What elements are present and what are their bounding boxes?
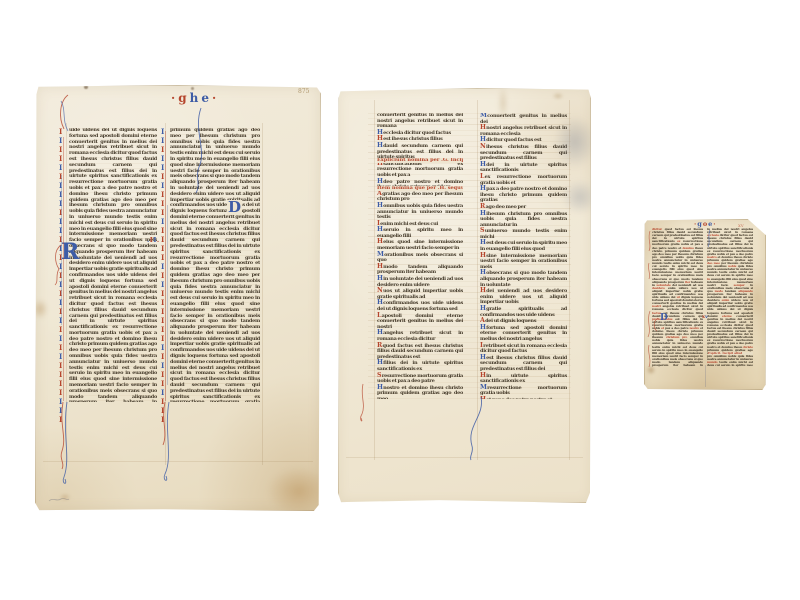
verse-initial: I bbox=[161, 163, 164, 172]
entry-initial: H bbox=[377, 329, 383, 336]
entry-initial: S bbox=[377, 372, 382, 379]
verse-initial: I bbox=[161, 235, 164, 244]
running-title-letter: e bbox=[201, 91, 212, 105]
name-entry: Hconfirmandos uos uide uidens dei ut dig… bbox=[377, 300, 463, 312]
text-column: dicitur quod factus est ihesus christus … bbox=[652, 228, 703, 367]
stain bbox=[267, 467, 331, 515]
name-entry: Sresurrectione mortuorum gratia uobis et… bbox=[377, 373, 463, 385]
numeral-glyph: v bbox=[705, 314, 708, 320]
stain bbox=[59, 493, 71, 501]
verse-initial: I bbox=[161, 307, 164, 316]
entry-initial: H bbox=[480, 185, 486, 192]
entry-initial: L bbox=[377, 312, 382, 319]
entry-initial: H bbox=[480, 305, 486, 312]
verse-initial: I bbox=[161, 262, 164, 271]
name-entry: Hsanctificationis ex resurrectione mortu… bbox=[377, 161, 463, 179]
ruling-line bbox=[66, 123, 67, 465]
verse-initial: I bbox=[59, 289, 62, 298]
name-entry: Homnibus uobis quia fides uestra annunci… bbox=[377, 203, 463, 221]
verse-initial: I bbox=[161, 316, 164, 325]
entry-initial: H bbox=[377, 142, 383, 149]
name-entry: Lapostoli domini eterne conuerterit geni… bbox=[377, 313, 463, 331]
verse-initial: I bbox=[59, 343, 62, 352]
verse-initial: I bbox=[161, 172, 164, 181]
verse-initial: I bbox=[161, 352, 164, 361]
verse-initial: I bbox=[59, 136, 62, 145]
verse-initial: I bbox=[59, 172, 62, 181]
ruling-line bbox=[262, 123, 263, 465]
name-entry: Hdei in uirtute spiritus sanctificationi… bbox=[480, 162, 567, 174]
entry-initial: S bbox=[480, 227, 485, 234]
auction-photo: ·ghe· 875 IIIIIIIIIIIIIIIIIIIIIIIIIIIIII… bbox=[0, 0, 800, 600]
verse-initial: I bbox=[161, 379, 164, 388]
name-entry: Hest deus cui seruio in spiritu meo in e… bbox=[480, 240, 567, 252]
verse-initial: I bbox=[161, 154, 164, 163]
name-entry: Hest ihesus christus filius dauid secund… bbox=[480, 355, 567, 373]
verse-initial: I bbox=[59, 361, 62, 370]
entry-initial: H bbox=[480, 324, 486, 331]
verse-initial: I bbox=[59, 352, 62, 361]
entry-initial: H bbox=[480, 210, 486, 217]
entry-initial: H bbox=[377, 202, 383, 209]
verse-initial: I bbox=[161, 226, 164, 235]
verse-initial: I bbox=[59, 280, 62, 289]
chapter-numeral: xv bbox=[702, 314, 708, 320]
verse-initial: I bbox=[161, 280, 164, 289]
pencil-inscription bbox=[49, 498, 69, 501]
entry-continuation: conuerterit genitus in melius dei nostri… bbox=[377, 113, 463, 130]
name-entry: Hpax a deo patre nostro et domino ihesu … bbox=[480, 186, 567, 204]
entry-initial: H bbox=[377, 263, 383, 270]
text-column: primum quidem gratias ago deo meo per ih… bbox=[170, 128, 260, 402]
entry-initial: L bbox=[480, 173, 485, 180]
verse-initial: I bbox=[59, 208, 62, 217]
verse-initial: I bbox=[59, 316, 62, 325]
verse-initial: I bbox=[59, 334, 62, 343]
entry-initial: H bbox=[480, 239, 486, 246]
stain bbox=[84, 85, 88, 89]
name-entry: Nihesus christus filius dauid secundum c… bbox=[480, 144, 567, 162]
name-entry: Hin uoluntate dei ueniendi ad uos deside… bbox=[377, 276, 463, 288]
name-entry: Morationibus meis obsecrans si quo bbox=[377, 252, 463, 264]
verse-initial: I bbox=[59, 298, 62, 307]
numeral-glyph: . bbox=[157, 236, 160, 244]
verse-initial: I bbox=[161, 217, 164, 226]
rubric-line: Expliciunt nomina per .G. Incipiunt per … bbox=[377, 158, 463, 164]
name-entry: Hfortuna sed apostoli domini eterne conu… bbox=[480, 325, 567, 343]
text-column: uide uidens dei ut dignis loquens fortun… bbox=[69, 128, 157, 402]
verse-initial: I bbox=[59, 154, 62, 163]
entry-initial: H bbox=[480, 396, 486, 399]
verse-initial: I bbox=[161, 361, 164, 370]
verse-initial: I bbox=[59, 127, 62, 136]
verse-initial: I bbox=[59, 181, 62, 190]
name-entry: Agratias ago deo meo per ihesum christum… bbox=[377, 191, 463, 203]
chapter-numeral: .II. bbox=[147, 236, 160, 244]
verse-initial: I bbox=[161, 127, 164, 136]
ruling-line bbox=[374, 100, 375, 460]
name-entry: Hsine intermissione memoriam uestri faci… bbox=[480, 253, 567, 271]
name-entry: Hin uirtute spiritus sanctificationis ex bbox=[480, 373, 567, 385]
name-entry: Suniuerso mundo testis enim michi bbox=[480, 228, 567, 240]
verse-initial: I bbox=[59, 199, 62, 208]
entry-initial: H bbox=[480, 269, 486, 276]
entry-initial: H bbox=[480, 354, 486, 361]
verse-initial: I bbox=[59, 388, 62, 397]
crease-line bbox=[705, 365, 706, 387]
verse-initial: I bbox=[59, 271, 62, 280]
entry-initial: R bbox=[480, 203, 485, 210]
name-entry: Hnostri angelus retribuet sicut in roman… bbox=[480, 125, 567, 137]
entry-initial: H bbox=[480, 124, 486, 131]
verse-initial: I bbox=[161, 298, 164, 307]
verse-initial: I bbox=[161, 199, 164, 208]
name-entry: Hfilius dei in uirtute spiritus sanctifi… bbox=[377, 360, 463, 372]
name-entry: Hmodo tandem aliquando prosperum iter ha… bbox=[377, 264, 463, 276]
name-entry: Hangelus retribuet sicut in romana eccle… bbox=[377, 330, 463, 342]
rubric-line: Explicit. Incipit aliud bbox=[708, 352, 753, 355]
entry-initial: H bbox=[377, 226, 383, 233]
verse-initial: I bbox=[161, 145, 164, 154]
manuscript-leaf-small: ·goe· xv dicitur quod factus est ihesus … bbox=[644, 219, 766, 390]
entry-initial: N bbox=[480, 143, 486, 150]
verse-initial: I bbox=[161, 136, 164, 145]
entry-column: conuerterit genitus in melius dei nostri… bbox=[377, 113, 463, 399]
ruling-line bbox=[346, 457, 583, 458]
entry-initial: H bbox=[377, 299, 383, 306]
entry-initial: M bbox=[480, 113, 487, 119]
entry-initial: H bbox=[480, 372, 486, 379]
text-column: in melius dei nostri angelus retribuet s… bbox=[707, 228, 753, 367]
folio-number: 875 bbox=[298, 88, 309, 95]
name-entry: Hnostro et domino ihesu christo primum q… bbox=[377, 385, 463, 399]
running-title-letter: · bbox=[713, 220, 716, 228]
running-title: ·ghe· bbox=[171, 91, 219, 105]
verse-initial: I bbox=[59, 307, 62, 316]
name-entry: Hseruio in spiritu meo in euangelio fili… bbox=[377, 227, 463, 239]
entry-initial: N bbox=[377, 287, 383, 294]
verse-initial: I bbox=[161, 253, 164, 262]
verse-initial: I bbox=[161, 334, 164, 343]
name-entry: Hest ihesus christus filius bbox=[377, 136, 463, 143]
entry-initial: H bbox=[480, 161, 486, 168]
name-entry: Adei ut dignis loquens bbox=[480, 318, 567, 325]
verse-initial: I bbox=[161, 343, 164, 352]
verse-initial: I bbox=[161, 190, 164, 199]
running-title-letter: · bbox=[212, 91, 219, 105]
name-entry: Hgratie spiritualis ad confirmandos uos … bbox=[480, 306, 567, 318]
verse-initial: I bbox=[59, 163, 62, 172]
verse-initial: I bbox=[59, 145, 62, 154]
entry-initial: H bbox=[480, 252, 486, 259]
stain bbox=[32, 299, 48, 319]
name-entry: Rago deo meo per bbox=[480, 204, 567, 211]
entry-initial: H bbox=[377, 275, 383, 282]
verse-initial: I bbox=[161, 271, 164, 280]
name-entry: Rquod factus est ihesus christus filius … bbox=[377, 343, 463, 361]
verse-initials-column: IIIIIIIIIIIIIIIIIIIIIIIIIIIIIIIII bbox=[59, 127, 62, 403]
verse-initial: I bbox=[161, 406, 164, 415]
name-entry: Lex resurrectione mortuorum gratia uobis… bbox=[480, 174, 567, 186]
verse-initial: I bbox=[59, 397, 62, 406]
ruling-line bbox=[165, 123, 166, 465]
entry-initial: H bbox=[377, 238, 383, 245]
verse-initial: I bbox=[161, 244, 164, 253]
manuscript-leaf-left: ·ghe· 875 IIIIIIIIIIIIIIIIIIIIIIIIIIIIII… bbox=[35, 85, 321, 511]
ruling-line bbox=[477, 100, 478, 460]
ruling-line bbox=[43, 461, 313, 462]
name-entry: Hobsecrans si quo modo tandem aliquando … bbox=[480, 270, 567, 288]
verse-initial: I bbox=[59, 325, 62, 334]
entry-initial: M bbox=[377, 251, 384, 258]
verse-initial: I bbox=[161, 388, 164, 397]
drop-cap-R: R bbox=[61, 241, 79, 263]
name-entry: Mconuerterit genitus in melius dei bbox=[480, 113, 567, 125]
running-title-letter: g bbox=[178, 91, 189, 105]
verse-initial: I bbox=[59, 190, 62, 199]
running-title: ·goe· bbox=[694, 220, 717, 228]
verse-initial: I bbox=[161, 325, 164, 334]
name-entry: Hdicitur quod factus est bbox=[480, 137, 567, 144]
verse-initial: I bbox=[161, 181, 164, 190]
entry-initial: H bbox=[377, 178, 383, 185]
name-entry: Mresurrectione mortuorum gratia uobis bbox=[480, 385, 567, 397]
drop-cap-D: D bbox=[227, 200, 242, 215]
verse-initials-column: IIIIIIIIIIIIIIIIIIIIIIIIIIIIIIIII bbox=[161, 127, 164, 403]
stain bbox=[191, 87, 194, 90]
name-entry: Heius quod sine intermissione memoriam u… bbox=[377, 239, 463, 251]
verse-initial: I bbox=[59, 370, 62, 379]
entry-initial: I bbox=[480, 342, 483, 349]
name-entry: Hdei ueniendi ad uos desidero enim uider… bbox=[480, 288, 567, 306]
name-entry: Nuos ut aliquid impertiar uobis gratie s… bbox=[377, 288, 463, 300]
name-entry: Het pax a deo patre nostro et bbox=[480, 397, 567, 399]
verse-initial: I bbox=[161, 415, 164, 424]
verse-initial: I bbox=[59, 217, 62, 226]
verse-initial: I bbox=[59, 226, 62, 235]
ruling-line bbox=[569, 100, 570, 460]
stain bbox=[552, 92, 564, 100]
verse-initial: I bbox=[59, 406, 62, 415]
entry-column: Mconuerterit genitus in melius deiHnostr… bbox=[480, 113, 567, 399]
drop-cap-D: D bbox=[660, 314, 668, 323]
entry-initial: M bbox=[480, 384, 487, 391]
rubric-line: Item nomina que per .H. sequuntur hic bbox=[377, 186, 463, 192]
verse-initial: I bbox=[161, 397, 164, 406]
entry-initial: R bbox=[377, 342, 382, 349]
running-title-letter: h bbox=[190, 91, 202, 105]
verse-initial: I bbox=[59, 415, 62, 424]
name-entry: Iretribuet sicut in romana ecclesia dici… bbox=[480, 343, 567, 355]
verse-initial: I bbox=[161, 289, 164, 298]
verse-initial: I bbox=[161, 208, 164, 217]
verse-initial: I bbox=[59, 379, 62, 388]
entry-initial: H bbox=[377, 384, 383, 391]
manuscript-leaf-middle: conuerterit genitus in melius dei nostri… bbox=[338, 88, 591, 503]
entry-initial: H bbox=[480, 287, 486, 294]
verse-initial: I bbox=[161, 370, 164, 379]
name-entry: Hihesum christum pro omnibus uobis quia … bbox=[480, 211, 567, 229]
entry-initial: H bbox=[377, 359, 383, 366]
